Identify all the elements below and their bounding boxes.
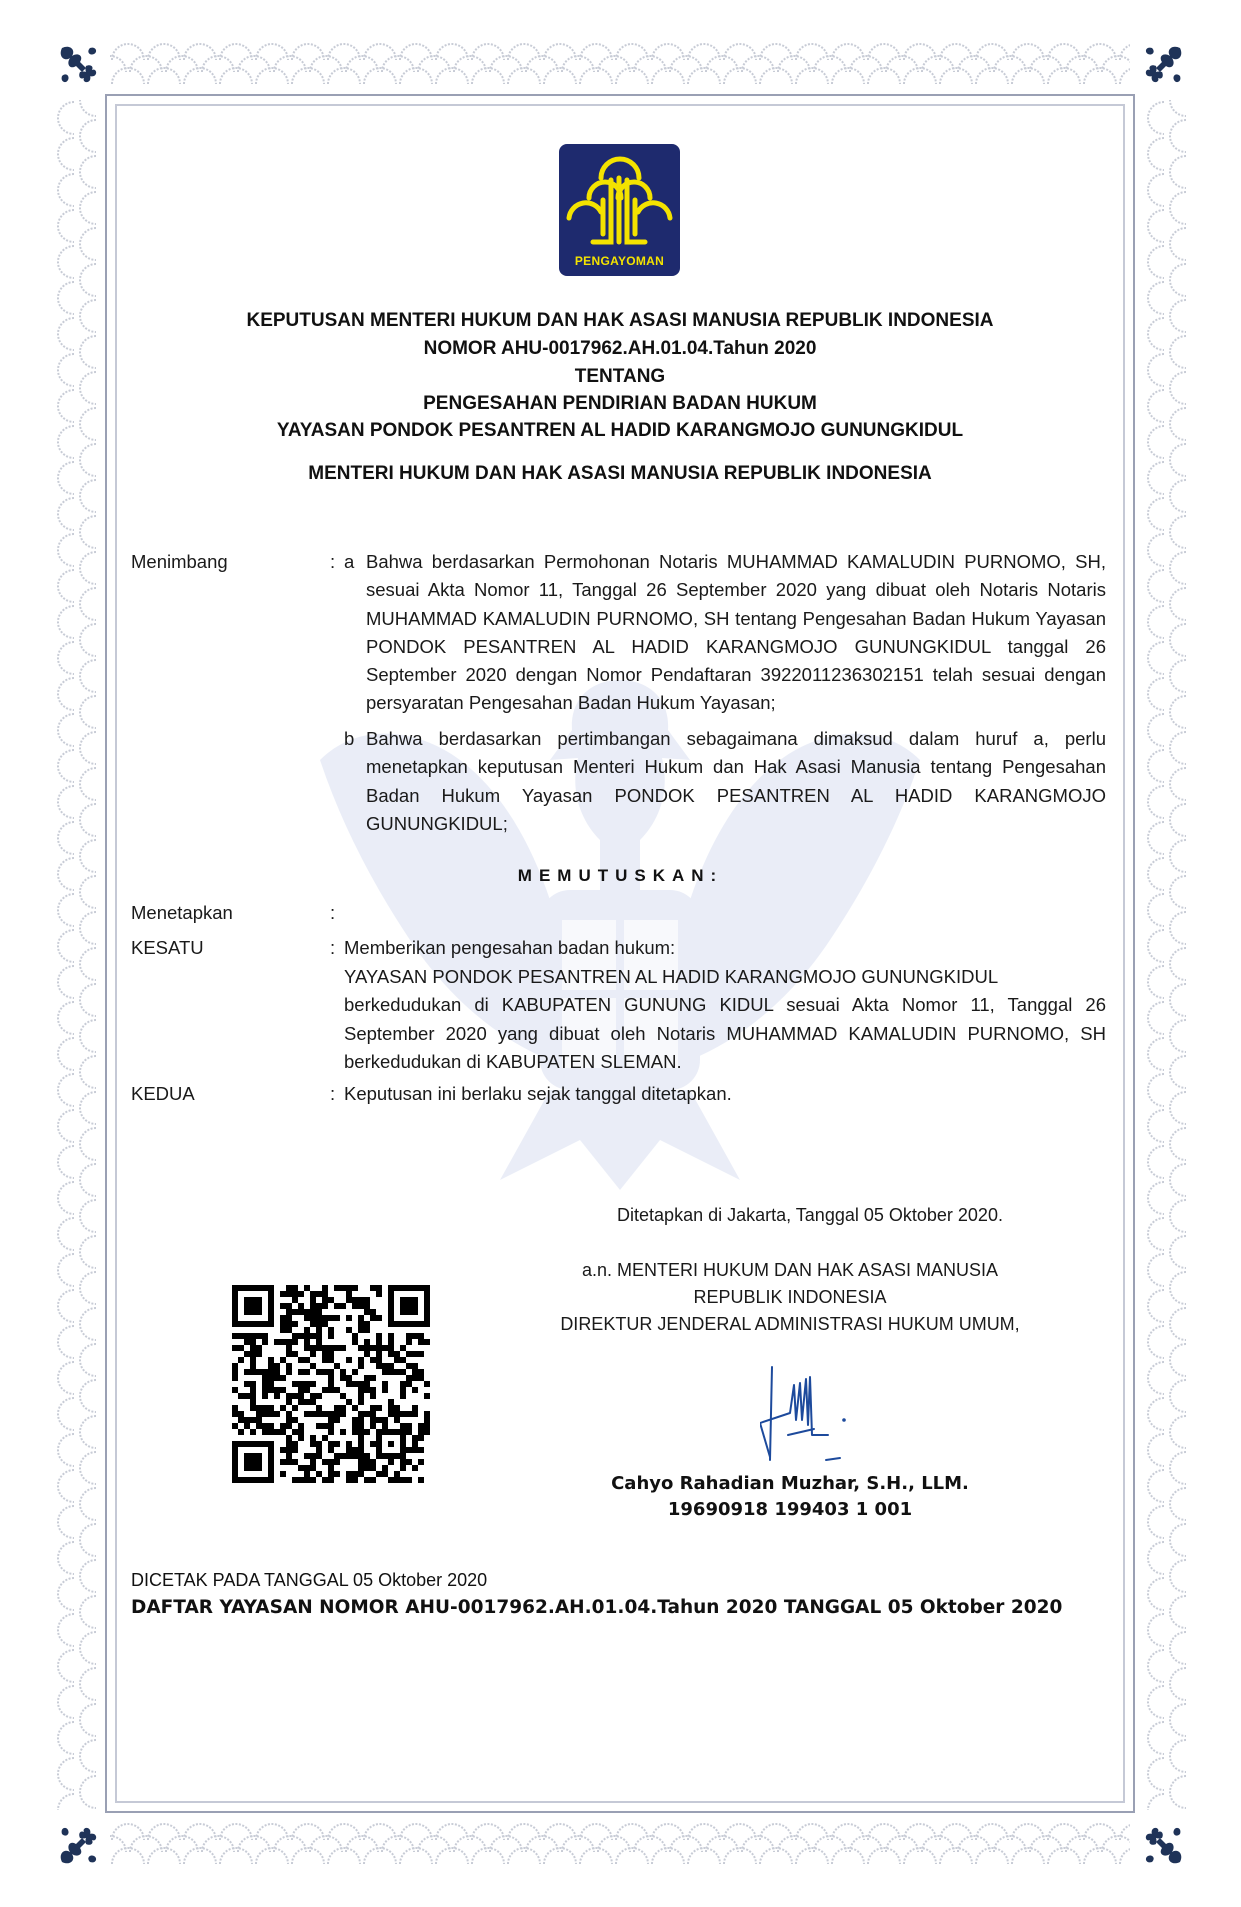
on-behalf-line-1: a.n. MENTERI HUKUM DAN HAK ASASI MANUSIA [540, 1260, 1040, 1281]
fleur-ornament-icon [56, 42, 100, 86]
kesatu-colon: : [330, 937, 335, 959]
kedua-colon: : [330, 1083, 335, 1105]
place-date: Ditetapkan di Jakarta, Tanggal 05 Oktobe… [560, 1205, 1060, 1226]
signer-nip: 19690918 199403 1 001 [580, 1499, 1000, 1520]
decree-number: NOMOR AHU-0017962.AH.01.04.Tahun 2020 [130, 338, 1110, 360]
kedua-text: Keputusan ini berlaku sejak tanggal dite… [344, 1083, 732, 1105]
left-border-ornament [50, 100, 102, 1810]
fleur-ornament-icon [56, 1824, 100, 1868]
kesatu-detail: berkedudukan di KABUPATEN GUNUNG KIDUL s… [344, 991, 1106, 1077]
foundation-name-heading: YAYASAN PONDOK PESANTREN AL HADID KARANG… [130, 420, 1110, 442]
logo-caption: PENGAYOMAN [559, 254, 680, 268]
minister-heading: MENTERI HUKUM DAN HAK ASASI MANUSIA REPU… [130, 463, 1110, 485]
kesatu-foundation-name: YAYASAN PONDOK PESANTREN AL HADID KARANG… [344, 966, 998, 988]
consideration-a: Bahwa berdasarkan Permohonan Notaris MUH… [366, 548, 1106, 718]
pengayoman-logo: PENGAYOMAN [559, 144, 680, 276]
garuda-watermark-icon [300, 640, 940, 1200]
kesatu-intro: Memberikan pengesahan badan hukum: [344, 937, 675, 959]
item-letter-b: b [344, 728, 354, 750]
fleur-ornament-icon [1142, 42, 1186, 86]
printed-date: DICETAK PADA TANGGAL 05 Oktober 2020 [131, 1570, 487, 1591]
on-behalf-line-2: REPUBLIK INDONESIA [540, 1287, 1040, 1308]
menetapkan-label: Menetapkan [131, 902, 233, 924]
fleur-ornament-icon [1142, 1824, 1186, 1868]
on-behalf-line-3: DIREKTUR JENDERAL ADMINISTRASI HUKUM UMU… [540, 1314, 1040, 1335]
menimbang-label: Menimbang [131, 551, 228, 573]
consideration-b: Bahwa berdasarkan pertimbangan sebagaima… [366, 725, 1106, 838]
decree-subject: PENGESAHAN PENDIRIAN BADAN HUKUM [130, 393, 1110, 415]
item-letter-a: a [344, 551, 354, 573]
bottom-border-ornament [110, 1818, 1130, 1870]
decree-title: KEPUTUSAN MENTERI HUKUM DAN HAK ASASI MA… [130, 310, 1110, 332]
right-border-ornament [1140, 100, 1192, 1810]
top-border-ornament [110, 38, 1130, 90]
pengayoman-tree-icon [559, 148, 680, 258]
decree-about-label: TENTANG [130, 366, 1110, 388]
handwritten-signature-icon [760, 1365, 870, 1465]
signer-name: Cahyo Rahadian Muzhar, S.H., LLM. [580, 1473, 1000, 1494]
memutuskan-heading: MEMUTUSKAN: [0, 866, 1241, 886]
kedua-label: KEDUA [131, 1083, 195, 1105]
kesatu-label: KESATU [131, 937, 204, 959]
menimbang-colon: : [330, 551, 335, 573]
registry-number: DAFTAR YAYASAN NOMOR AHU-0017962.AH.01.0… [131, 1597, 1062, 1618]
menetapkan-colon: : [330, 902, 335, 924]
qr-code-icon [232, 1285, 430, 1483]
